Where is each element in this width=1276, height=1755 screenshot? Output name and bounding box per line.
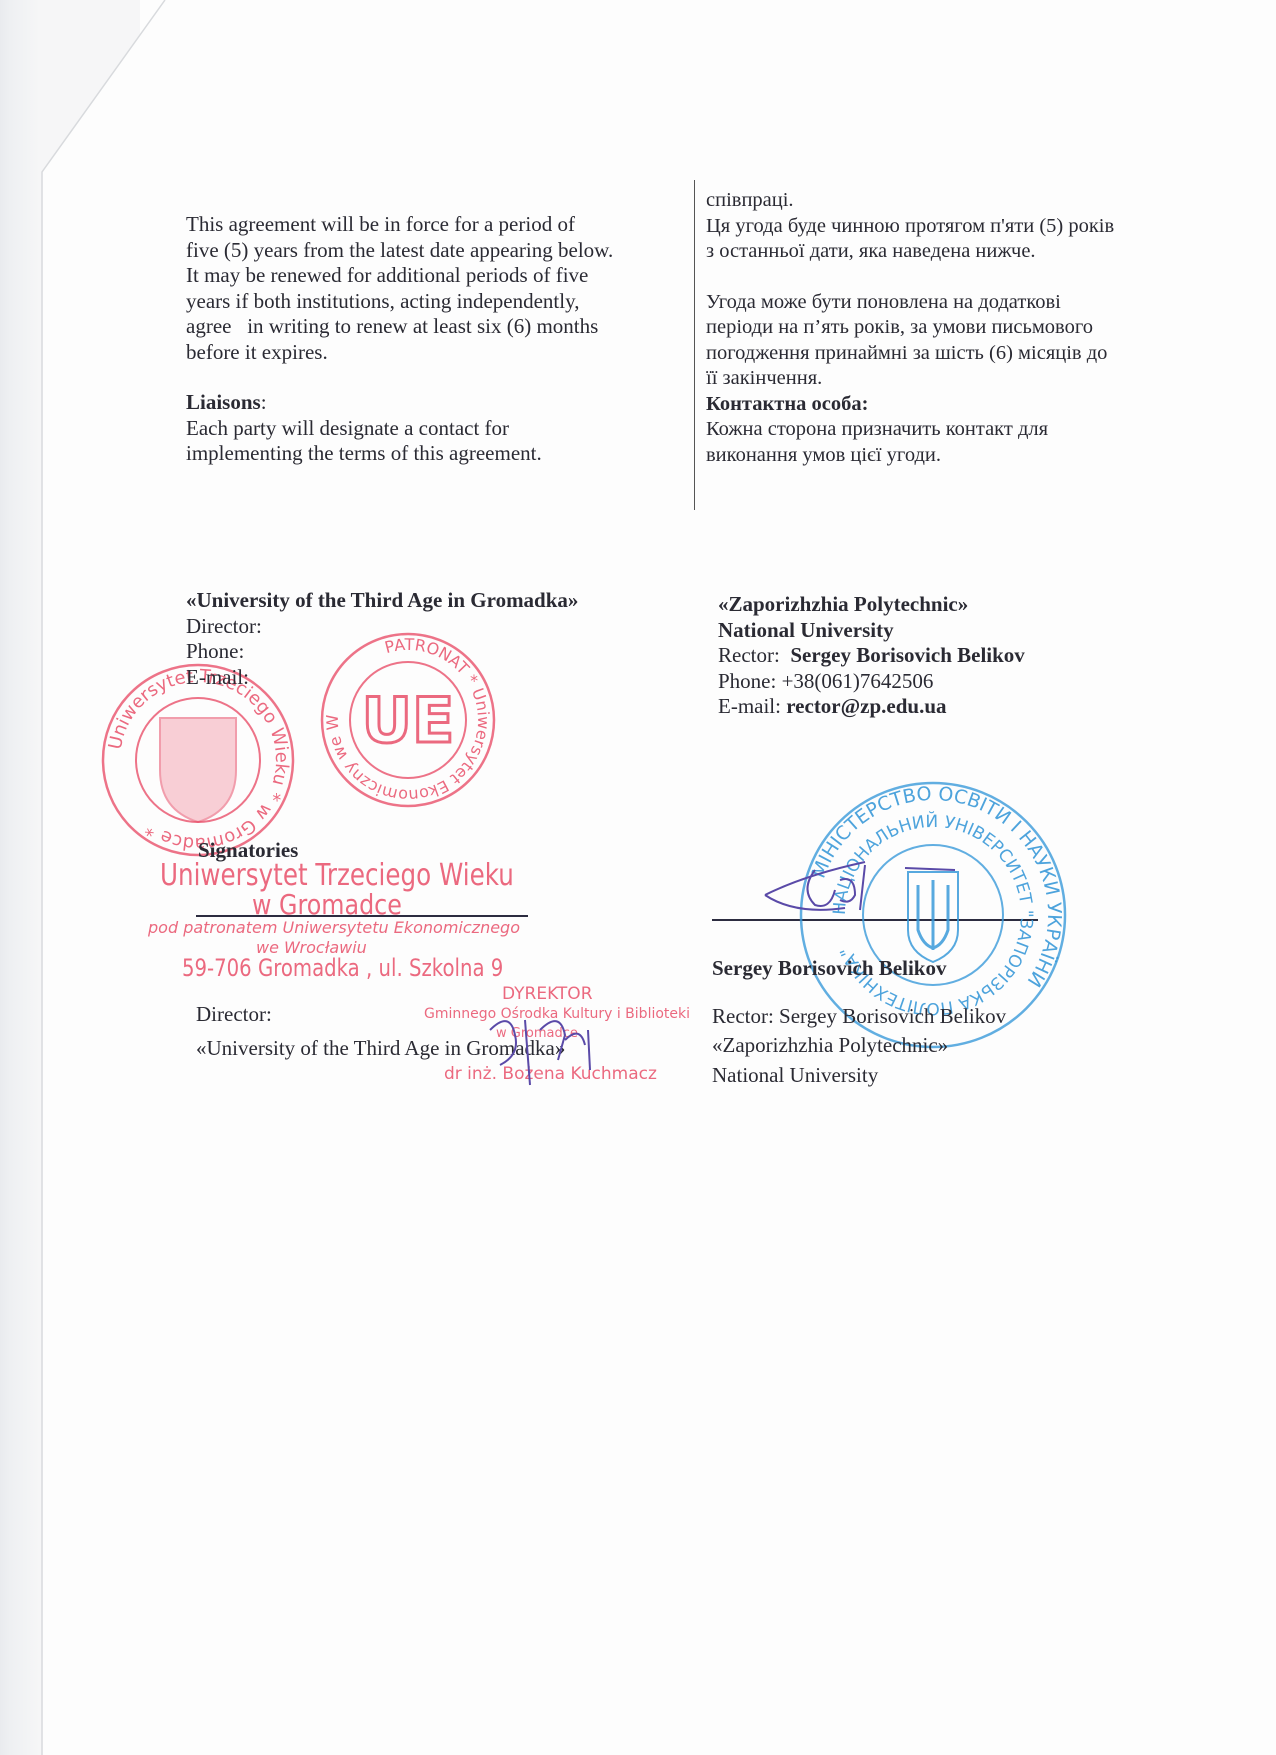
folded-page-corner xyxy=(0,0,140,1755)
phone-line: Phone: +38(061)7642506 xyxy=(718,669,1025,695)
liaisons-label: Liaisons xyxy=(186,390,261,414)
signatory-right-org: «Zaporizhzhia Polytechnic» xyxy=(712,1033,1006,1059)
signature-left xyxy=(470,990,620,1100)
column-divider xyxy=(694,180,695,510)
liaisons-colon: : xyxy=(261,390,267,414)
signatory-right-title: Rector: Sergey Borisovich Belikov xyxy=(712,1004,1006,1030)
phone-value: +38(061)7642506 xyxy=(782,669,934,693)
party-left-name: «University of the Third Age in Gromadka… xyxy=(186,588,578,614)
liaisons-heading: Liaisons: xyxy=(186,390,613,416)
agreement-term-en: This agreement will be in force for a pe… xyxy=(186,212,613,467)
signature-right xyxy=(755,850,995,920)
coat-of-arms-icon xyxy=(160,718,236,822)
agreement-term-uk: співпраці. Ця угода буде чинною протягом… xyxy=(706,188,1114,468)
email-line: E-mail: rector@zp.edu.ua xyxy=(718,694,1025,720)
rector-name: Sergey Borisovich Belikov xyxy=(790,643,1025,667)
text-line: виконання умов цієї угоди. xyxy=(706,443,1114,469)
email-label: E-mail: xyxy=(186,665,578,691)
text-line: з останньої дати, яка наведена нижче. xyxy=(706,239,1114,265)
text-line: five (5) years from the latest date appe… xyxy=(186,238,613,264)
party-right-block: «Zaporizhzhia Polytechnic» National Univ… xyxy=(718,592,1025,720)
party-right-name-line2: National University xyxy=(718,618,1025,644)
text-line: This agreement will be in force for a pe… xyxy=(186,212,613,238)
signatory-right-org-line2: National University xyxy=(712,1063,1006,1089)
rector-label: Rector: xyxy=(718,643,780,667)
ue-logo-icon: UE xyxy=(362,684,455,757)
phone-label: Phone: xyxy=(718,669,776,693)
text-line: agree in writing to renew at least six (… xyxy=(186,314,613,340)
text-line: implementing the terms of this agreement… xyxy=(186,441,613,467)
text-line: Угода може бути поновлена на додаткові xyxy=(706,290,1114,316)
text-line: before it expires. xyxy=(186,340,613,366)
text-line: співпраці. xyxy=(706,188,1114,214)
text-line: It may be renewed for additional periods… xyxy=(186,263,613,289)
rector-line: Rector: Sergey Borisovich Belikov xyxy=(718,643,1025,669)
email-label: E-mail: xyxy=(718,694,781,718)
signatory-right-name: Sergey Borisovich Belikov xyxy=(712,956,1006,982)
signatory-right: Sergey Borisovich Belikov Rector: Sergey… xyxy=(712,956,1006,1088)
stamp-line: pod patronatem Uniwersytetu Ekonomiczneg… xyxy=(148,918,520,937)
text-line: years if both institutions, acting indep… xyxy=(186,289,613,315)
text-line: Ця угода буде чинною протягом п'яти (5) … xyxy=(706,214,1114,240)
text-line: погодження принаймні за шість (6) місяці… xyxy=(706,341,1114,367)
party-left-block: «University of the Third Age in Gromadka… xyxy=(186,588,578,690)
text-line: її закінчення. xyxy=(706,366,1114,392)
text-line: Each party will designate a contact for xyxy=(186,416,613,442)
text-line: періоди на п’ять років, за умови письмов… xyxy=(706,315,1114,341)
director-label: Director: xyxy=(186,614,578,640)
party-right-name: «Zaporizhzhia Polytechnic» xyxy=(718,592,1025,618)
phone-label: Phone: xyxy=(186,639,578,665)
signature-line-left xyxy=(196,915,528,917)
utw-round-stamp: Uniwersytet Trzeciego Wieku * w Gromadce… xyxy=(98,660,298,860)
email-link[interactable]: rector@zp.edu.ua xyxy=(786,694,946,718)
stamp-line: 59-706 Gromadka , ul. Szkolna 9 xyxy=(182,954,503,982)
contact-heading: Контактна особа: xyxy=(706,392,1114,418)
text-line: Кожна сторона призначить контакт для xyxy=(706,417,1114,443)
